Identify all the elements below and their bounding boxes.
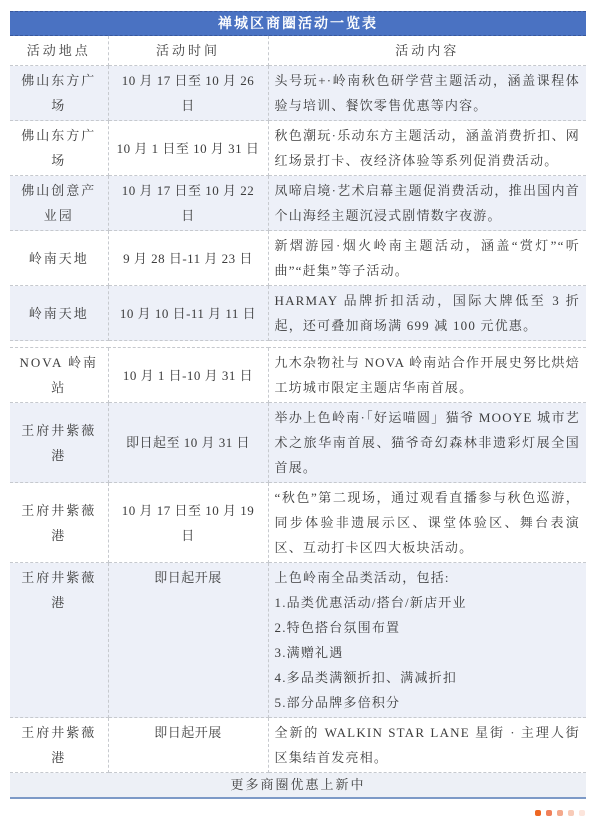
- content-cell: 上色岭南全品类活动，包括: 1.品类优惠活动/搭台/新店开业 2.特色搭台氛围布…: [268, 563, 586, 718]
- table-row: 佛山东方广场 10 月 17 日至 10 月 26 日 头号玩+·岭南秋色研学营…: [10, 66, 586, 121]
- content-cell: 九木杂物社与 NOVA 岭南站合作开展史努比烘焙工坊城市限定主题店华南首展。: [268, 348, 586, 403]
- table-row: 王府井紫薇港 即日起开展 上色岭南全品类活动，包括: 1.品类优惠活动/搭台/新…: [10, 563, 586, 718]
- column-header-time: 活动时间: [108, 36, 268, 66]
- table-row: 王府井紫薇港 即日起至 10 月 31 日 举办上色岭南·「好运喵圆」猫爷 MO…: [10, 403, 586, 483]
- content-cell: 凤啼启境·艺术启幕主题促消费活动，推出国内首个山海经主题沉浸式剧情数字夜游。: [268, 176, 586, 231]
- location-cell: 佛山东方广场: [10, 66, 108, 121]
- location-cell: 岭南天地: [10, 231, 108, 286]
- content-cell: 全新的 WALKIN STAR LANE 星街 · 主理人街区集结首发亮相。: [268, 718, 586, 773]
- section-gap: [10, 341, 586, 348]
- location-cell: 佛山创意产业园: [10, 176, 108, 231]
- column-header-content: 活动内容: [268, 36, 586, 66]
- time-cell: 10 月 17 日至 10 月 26 日: [108, 66, 268, 121]
- content-cell: 新熠游园·烟火岭南主题活动，涵盖“赏灯”“听曲”“赶集”等子活动。: [268, 231, 586, 286]
- table-title: 禅城区商圈活动一览表: [10, 11, 586, 36]
- header-row: 活动地点 活动时间 活动内容: [10, 36, 586, 66]
- location-cell: NOVA 岭南站: [10, 348, 108, 403]
- table-row: NOVA 岭南站 10 月 1 日-10 月 31 日 九木杂物社与 NOVA …: [10, 348, 586, 403]
- carousel-dots: [10, 799, 586, 811]
- carousel-dot-icon[interactable]: [579, 810, 585, 816]
- carousel-dot-icon[interactable]: [535, 810, 541, 816]
- location-cell: 王府井紫薇港: [10, 718, 108, 773]
- time-cell: 9 月 28 日-11 月 23 日: [108, 231, 268, 286]
- location-cell: 岭南天地: [10, 286, 108, 341]
- content-cell: HARMAY 品牌折扣活动，国际大牌低至 3 折起，还可叠加商场满 699 减 …: [268, 286, 586, 341]
- content-cell: 头号玩+·岭南秋色研学营主题活动，涵盖课程体验与培训、餐饮零售优惠等内容。: [268, 66, 586, 121]
- time-cell: 即日起至 10 月 31 日: [108, 403, 268, 483]
- content-cell: “秋色”第二现场，通过观看直播参与秋色巡游，同步体验非遗展示区、课堂体验区、舞台…: [268, 483, 586, 563]
- activity-table-card: 禅城区商圈活动一览表 活动地点 活动时间 活动内容 佛山东方广场 10 月 17…: [10, 11, 586, 811]
- time-cell: 即日起开展: [108, 563, 268, 718]
- table-row: 王府井紫薇港 即日起开展 全新的 WALKIN STAR LANE 星街 · 主…: [10, 718, 586, 773]
- time-cell: 10 月 1 日-10 月 31 日: [108, 348, 268, 403]
- time-cell: 即日起开展: [108, 718, 268, 773]
- activity-table: 活动地点 活动时间 活动内容 佛山东方广场 10 月 17 日至 10 月 26…: [10, 36, 586, 797]
- location-cell: 王府井紫薇港: [10, 563, 108, 718]
- table-row: 佛山东方广场 10 月 1 日至 10 月 31 日 秋色潮玩·乐动东方主题活动…: [10, 121, 586, 176]
- table-footer: 更多商圈优惠上新中: [10, 773, 586, 798]
- table-row: 王府井紫薇港 10 月 17 日至 10 月 19 日 “秋色”第二现场，通过观…: [10, 483, 586, 563]
- footer-text: 更多商圈优惠上新中: [10, 773, 586, 798]
- column-header-location: 活动地点: [10, 36, 108, 66]
- time-cell: 10 月 10 日-11 月 11 日: [108, 286, 268, 341]
- time-cell: 10 月 1 日至 10 月 31 日: [108, 121, 268, 176]
- location-cell: 王府井紫薇港: [10, 483, 108, 563]
- carousel-dot-icon[interactable]: [546, 810, 552, 816]
- carousel-dot-icon[interactable]: [568, 810, 574, 816]
- table-row: 岭南天地 9 月 28 日-11 月 23 日 新熠游园·烟火岭南主题活动，涵盖…: [10, 231, 586, 286]
- location-cell: 佛山东方广场: [10, 121, 108, 176]
- content-cell: 秋色潮玩·乐动东方主题活动，涵盖消费折扣、网红场景打卡、夜经济体验等系列促消费活…: [268, 121, 586, 176]
- table-row: 佛山创意产业园 10 月 17 日至 10 月 22 日 凤啼启境·艺术启幕主题…: [10, 176, 586, 231]
- carousel-dot-icon[interactable]: [557, 810, 563, 816]
- time-cell: 10 月 17 日至 10 月 22 日: [108, 176, 268, 231]
- location-cell: 王府井紫薇港: [10, 403, 108, 483]
- time-cell: 10 月 17 日至 10 月 19 日: [108, 483, 268, 563]
- content-cell: 举办上色岭南·「好运喵圆」猫爷 MOOYE 城市艺术之旅华南首展、猫爷奇幻森林非…: [268, 403, 586, 483]
- table-row: 岭南天地 10 月 10 日-11 月 11 日 HARMAY 品牌折扣活动，国…: [10, 286, 586, 341]
